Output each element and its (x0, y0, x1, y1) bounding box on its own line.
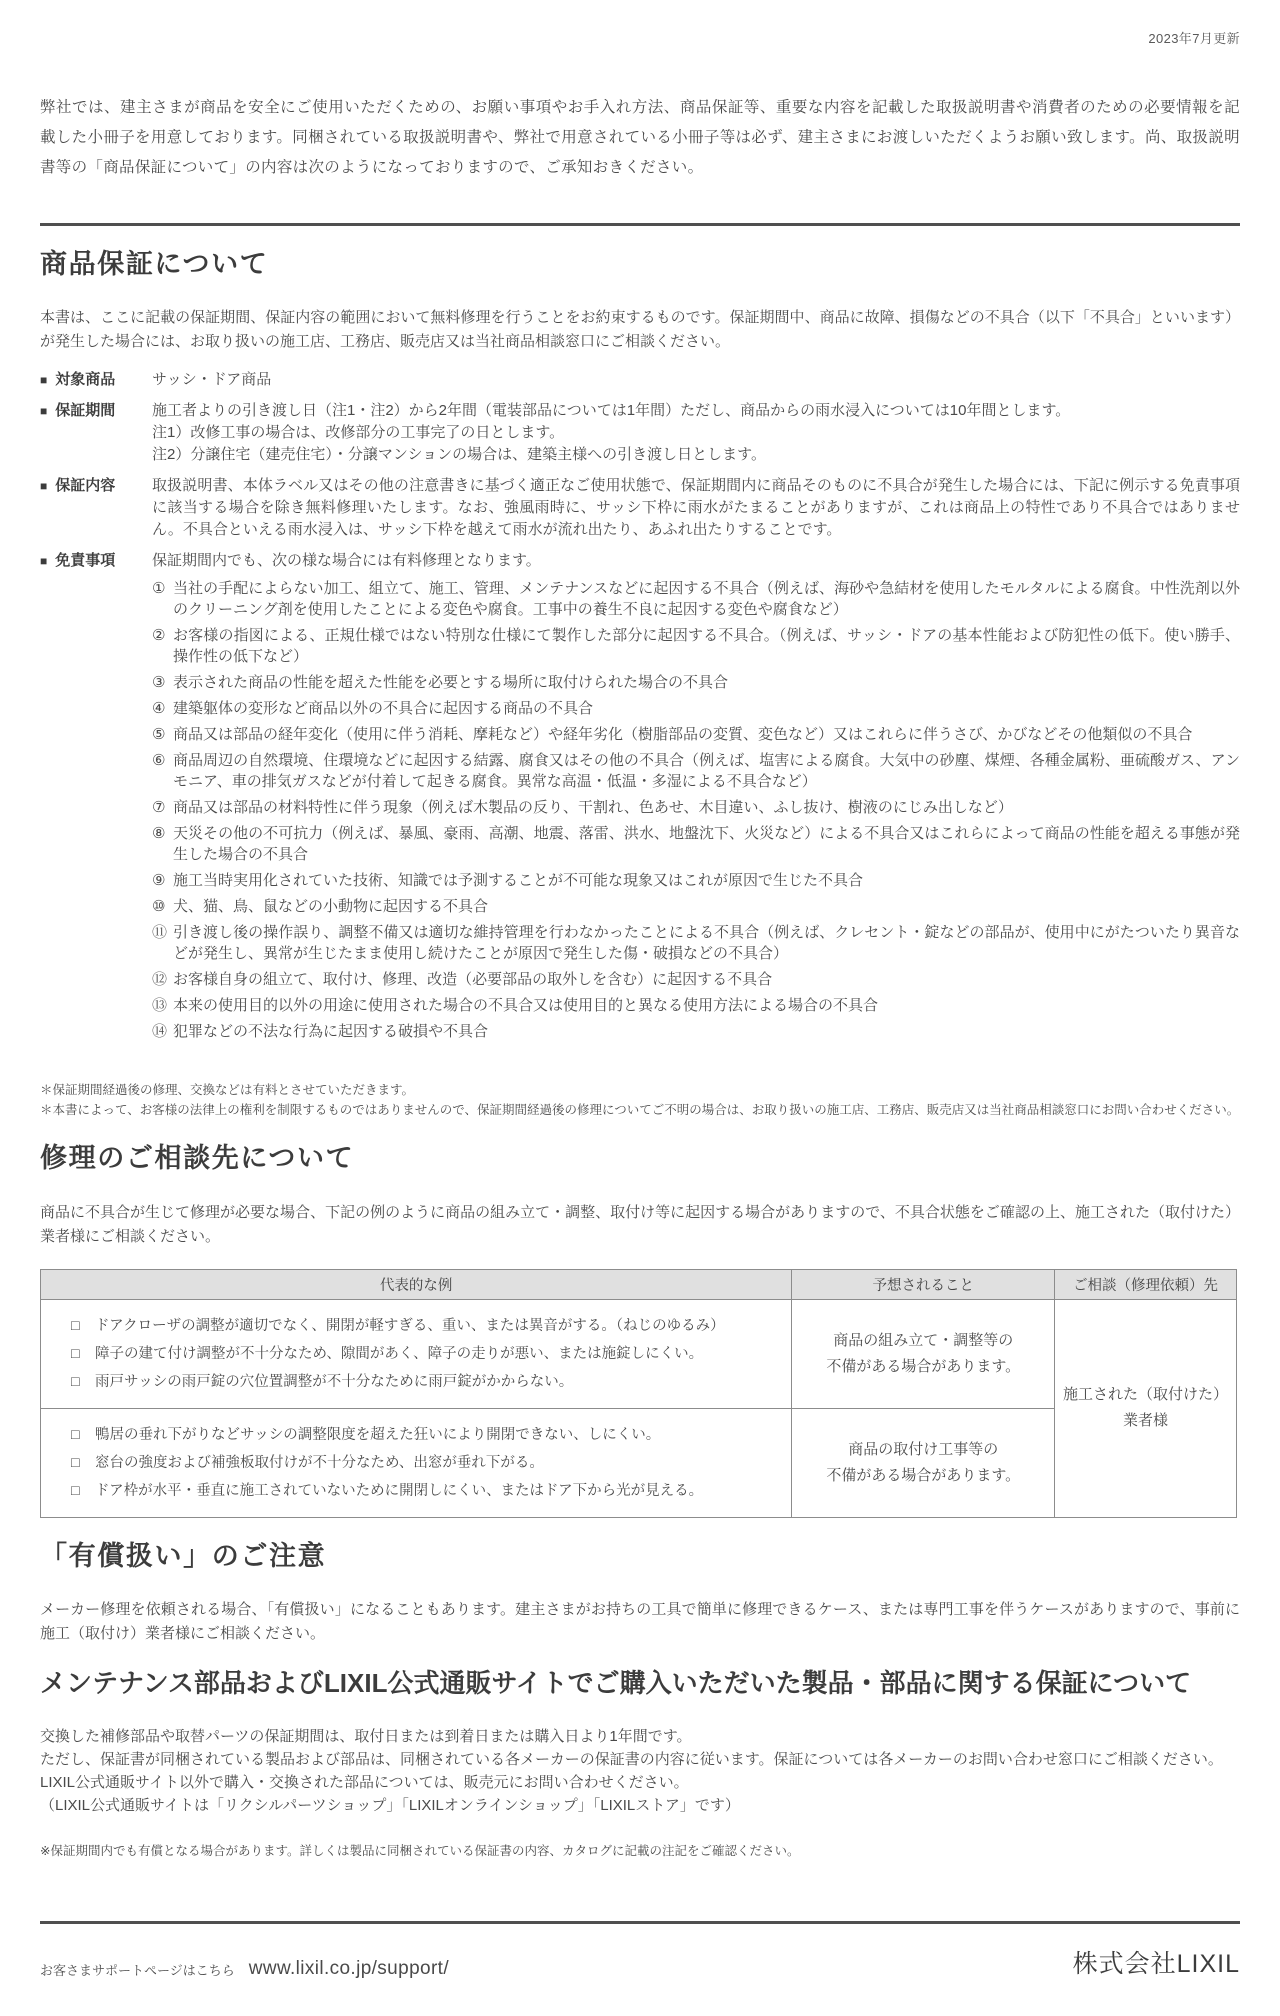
item-number: ⑭ (152, 1021, 173, 1042)
warranty-definition-list: ■ 対象商品 サッシ・ドア商品 ■ 保証期間 施工者よりの引き渡し日（注1・注2… (40, 369, 1240, 1056)
item-text: 犬、猫、鳥、鼠などの小動物に起因する不具合 (173, 896, 1240, 917)
exemption-value: 保証期間内でも、次の様な場合には有料修理となります。 ①当社の手配によらない加工… (152, 550, 1240, 1047)
expected-text: 商品の取付け工事等の (792, 1437, 1054, 1463)
checkbox-icon: □ (71, 1477, 95, 1505)
repair-consult-table: 代表的な例 予想されること ご相談（修理依頼）先 □ドアクローザの調整が適切でな… (40, 1269, 1237, 1518)
warranty-period-main: 施工者よりの引き渡し日（注1・注2）から2年間（電装部品については1年間）ただし… (152, 400, 1240, 422)
list-item: ⑬本来の使用目的以外の用途に使用された場合の不具合又は使用目的と異なる使用方法に… (152, 995, 1240, 1016)
maintenance-line: （LIXIL公式通販サイトは「リクシルパーツショップ」「LIXILオンラインショ… (40, 1794, 1240, 1817)
item-text: 天災その他の不可抗力（例えば、暴風、豪雨、高潮、地震、落雷、洪水、地盤沈下、火災… (173, 823, 1240, 865)
target-product-label: ■ 対象商品 (40, 369, 152, 391)
checkbox-icon: □ (71, 1421, 95, 1449)
expected-cell: 商品の取付け工事等の 不備がある場合があります。 (792, 1408, 1055, 1517)
item-number: ② (152, 625, 173, 667)
updated-date: 2023年7月更新 (40, 28, 1240, 47)
item-text: 建築躯体の変形など商品以外の不具合に起因する商品の不具合 (173, 698, 1240, 719)
list-item: □鴨居の垂れ下がりなどサッシの調整限度を超えた狂いにより開閉できない、しにくい。 (71, 1421, 781, 1449)
intro-paragraph: 弊社では、建主さまが商品を安全にご使用いただくための、お願い事項やお手入れ方法、… (40, 93, 1240, 183)
item-text: 施工当時実用化されていた技術、知識では予測することが不可能な現象又はこれが原因で… (173, 870, 1240, 891)
checkbox-icon: □ (71, 1312, 95, 1340)
warranty-period-note2: 注2）分譲住宅（建売住宅）・分譲マンションの場合は、建築主様への引き渡し日としま… (152, 444, 1240, 466)
square-bullet-icon: ■ (40, 475, 47, 497)
expected-cell: 商品の組み立て・調整等の 不備がある場合があります。 (792, 1299, 1055, 1408)
list-item: ⑭犯罪などの不法な行為に起因する破損や不具合 (152, 1021, 1240, 1042)
warranty-period-value: 施工者よりの引き渡し日（注1・注2）から2年間（電装部品については1年間）ただし… (152, 400, 1240, 466)
item-number: ⑫ (152, 969, 173, 990)
checkbox-icon: □ (71, 1340, 95, 1368)
warranty-period-label-text: 保証期間 (55, 400, 115, 422)
expected-text: 不備がある場合があります。 (792, 1354, 1054, 1380)
table-row: □ドアクローザの調整が適切でなく、開閉が軽すぎる、重い、または異音がする。（ねじ… (41, 1299, 1237, 1408)
exemption-label: ■ 免責事項 (40, 550, 152, 1047)
repair-lead: 商品に不具合が生じて修理が必要な場合、下記の例のように商品の組み立て・調整、取付… (40, 1201, 1240, 1249)
list-item: ③表示された商品の性能を超えた性能を必要とする場所に取付けられた場合の不具合 (152, 672, 1240, 693)
example-text: 窓台の強度および補強板取付けが不十分なため、出窓が垂れ下がる。 (95, 1449, 544, 1477)
document-page: 2023年7月更新 弊社では、建主さまが商品を安全にご使用いただくための、お願い… (0, 0, 1280, 2016)
list-item: ④建築躯体の変形など商品以外の不具合に起因する商品の不具合 (152, 698, 1240, 719)
contact-text: 業者様 (1055, 1408, 1236, 1434)
item-text: 表示された商品の性能を超えた性能を必要とする場所に取付けられた場合の不具合 (173, 672, 1240, 693)
item-text: 犯罪などの不法な行為に起因する破損や不具合 (173, 1021, 1240, 1042)
maintenance-paragraph: 交換した補修部品や取替パーツの保証期間は、取付日または到着日または購入日より1年… (40, 1725, 1240, 1817)
top-divider (40, 223, 1240, 226)
paid-section-title: 「有償扱い」のご注意 (40, 1540, 1240, 1572)
list-item: □ドア枠が水平・垂直に施工されていないために開閉しにくい、またはドア下から光が見… (71, 1477, 781, 1505)
warranty-coverage-label: ■ 保証内容 (40, 475, 152, 541)
exemption-list: ①当社の手配によらない加工、組立て、施工、管理、メンテナンスなどに起因する不具合… (152, 578, 1240, 1042)
examples-cell: □鴨居の垂れ下がりなどサッシの調整限度を超えた狂いにより開閉できない、しにくい。… (41, 1408, 792, 1517)
item-number: ③ (152, 672, 173, 693)
list-item: □障子の建て付け調整が不十分なため、隙間があく、障子の走りが悪い、または施錠しに… (71, 1340, 781, 1368)
footnote: ＊本書によって、お客様の法律上の権利を制限するものではありませんので、保証期間経… (40, 1100, 1240, 1120)
item-text: 商品周辺の自然環境、住環境などに起因する結露、腐食又はその他の不具合（例えば、塩… (173, 750, 1240, 792)
maintenance-line: 交換した補修部品や取替パーツの保証期間は、取付日または到着日または購入日より1年… (40, 1725, 1240, 1748)
item-text: 当社の手配によらない加工、組立て、施工、管理、メンテナンスなどに起因する不具合（… (173, 578, 1240, 620)
list-item: □雨戸サッシの雨戸錠の穴位置調整が不十分なために雨戸錠がかからない。 (71, 1368, 781, 1396)
list-item: ⑪引き渡し後の操作誤り、調整不備又は適切な維持管理を行わなかったことによる不具合… (152, 922, 1240, 964)
item-text: お客様の指図による、正規仕様ではない特別な仕様にて製作した部分に起因する不具合。… (173, 625, 1240, 667)
paid-lead: メーカー修理を依頼される場合、「有償扱い」になることもあります。建主さまがお持ち… (40, 1598, 1240, 1646)
footer: お客さまサポートページはこちら www.lixil.co.jp/support/… (40, 1944, 1240, 1980)
warranty-section-title: 商品保証について (40, 248, 1240, 280)
item-text: 商品又は部品の経年変化（使用に伴う消耗、摩耗など）や経年劣化（樹脂部品の変質、変… (173, 724, 1240, 745)
expected-text: 商品の組み立て・調整等の (792, 1328, 1054, 1354)
bottom-divider (40, 1921, 1240, 1924)
item-text: お客様自身の組立て、取付け、修理、改造（必要部品の取外しを含む）に起因する不具合 (173, 969, 1240, 990)
exemption-intro: 保証期間内でも、次の様な場合には有料修理となります。 (152, 550, 1240, 572)
item-text: 商品又は部品の材料特性に伴う現象（例えば木製品の反り、干割れ、色あせ、木目違い、… (173, 797, 1240, 818)
target-product-label-text: 対象商品 (55, 369, 115, 391)
support-label: お客さまサポートページはこちら (40, 1960, 235, 1979)
item-text: 引き渡し後の操作誤り、調整不備又は適切な維持管理を行わなかったことによる不具合（… (173, 922, 1240, 964)
support-url-link[interactable]: www.lixil.co.jp/support/ (249, 1958, 449, 1980)
maintenance-line: ただし、保証書が同梱されている製品および部品は、同梱されている各メーカーの保証書… (40, 1748, 1240, 1771)
square-bullet-icon: ■ (40, 550, 47, 572)
list-item: ⑤商品又は部品の経年変化（使用に伴う消耗、摩耗など）や経年劣化（樹脂部品の変質、… (152, 724, 1240, 745)
support-info: お客さまサポートページはこちら www.lixil.co.jp/support/ (40, 1958, 449, 1980)
list-item: ⑧天災その他の不可抗力（例えば、暴風、豪雨、高潮、地震、落雷、洪水、地盤沈下、火… (152, 823, 1240, 865)
item-number: ⑨ (152, 870, 173, 891)
item-number: ⑦ (152, 797, 173, 818)
examples-cell: □ドアクローザの調整が適切でなく、開閉が軽すぎる、重い、または異音がする。（ねじ… (41, 1299, 792, 1408)
exemption-label-text: 免責事項 (55, 550, 115, 572)
expected-text: 不備がある場合があります。 (792, 1463, 1054, 1489)
item-number: ⑥ (152, 750, 173, 792)
list-item: ⑦商品又は部品の材料特性に伴う現象（例えば木製品の反り、干割れ、色あせ、木目違い… (152, 797, 1240, 818)
table-header-contact: ご相談（修理依頼）先 (1055, 1269, 1237, 1299)
example-text: 鴨居の垂れ下がりなどサッシの調整限度を超えた狂いにより開閉できない、しにくい。 (95, 1421, 660, 1449)
item-text: 本来の使用目的以外の用途に使用された場合の不具合又は使用目的と異なる使用方法によ… (173, 995, 1240, 1016)
item-number: ⑧ (152, 823, 173, 865)
square-bullet-icon: ■ (40, 369, 47, 391)
contact-text: 施工された（取付けた） (1055, 1382, 1236, 1408)
footnote: ＊保証期間経過後の修理、交換などは有料とさせていただきます。 (40, 1080, 1240, 1100)
warranty-lead: 本書は、ここに記載の保証期間、保証内容の範囲において無料修理を行うことをお約束す… (40, 306, 1240, 354)
warranty-period-label: ■ 保証期間 (40, 400, 152, 466)
item-number: ⑬ (152, 995, 173, 1016)
square-bullet-icon: ■ (40, 400, 47, 422)
item-number: ① (152, 578, 173, 620)
warranty-period-row: ■ 保証期間 施工者よりの引き渡し日（注1・注2）から2年間（電装部品については… (40, 400, 1240, 466)
table-header-examples: 代表的な例 (41, 1269, 792, 1299)
item-number: ⑤ (152, 724, 173, 745)
list-item: ⑫お客様自身の組立て、取付け、修理、改造（必要部品の取外しを含む）に起因する不具… (152, 969, 1240, 990)
maintenance-footnote: ※保証期間内でも有償となる場合があります。詳しくは製品に同梱されている保証書の内… (40, 1841, 1240, 1861)
example-text: ドア枠が水平・垂直に施工されていないために開閉しにくい、またはドア下から光が見え… (95, 1477, 703, 1505)
item-number: ⑪ (152, 922, 173, 964)
footer-block: お客さまサポートページはこちら www.lixil.co.jp/support/… (40, 1921, 1240, 1980)
warranty-period-note1: 注1）改修工事の場合は、改修部分の工事完了の日とします。 (152, 422, 1240, 444)
list-item: ②お客様の指図による、正規仕様ではない特別な仕様にて製作した部分に起因する不具合… (152, 625, 1240, 667)
list-item: ⑥商品周辺の自然環境、住環境などに起因する結露、腐食又はその他の不具合（例えば、… (152, 750, 1240, 792)
exemption-row: ■ 免責事項 保証期間内でも、次の様な場合には有料修理となります。 ①当社の手配… (40, 550, 1240, 1047)
repair-section-title: 修理のご相談先について (40, 1142, 1240, 1174)
warranty-coverage-row: ■ 保証内容 取扱説明書、本体ラベル又はその他の注意書きに基づく適正なご使用状態… (40, 475, 1240, 541)
list-item: ⑨施工当時実用化されていた技術、知識では予測することが不可能な現象又はこれが原因… (152, 870, 1240, 891)
list-item: ⑩犬、猫、鳥、鼠などの小動物に起因する不具合 (152, 896, 1240, 917)
checkbox-icon: □ (71, 1449, 95, 1477)
warranty-coverage-value: 取扱説明書、本体ラベル又はその他の注意書きに基づく適正なご使用状態で、保証期間内… (152, 475, 1240, 541)
warranty-coverage-label-text: 保証内容 (55, 475, 115, 497)
contact-cell: 施工された（取付けた） 業者様 (1055, 1299, 1237, 1517)
list-item: □ドアクローザの調整が適切でなく、開閉が軽すぎる、重い、または異音がする。（ねじ… (71, 1312, 781, 1340)
checkbox-icon: □ (71, 1368, 95, 1396)
item-number: ⑩ (152, 896, 173, 917)
list-item: □窓台の強度および補強板取付けが不十分なため、出窓が垂れ下がる。 (71, 1449, 781, 1477)
target-product-row: ■ 対象商品 サッシ・ドア商品 (40, 369, 1240, 391)
list-item: ①当社の手配によらない加工、組立て、施工、管理、メンテナンスなどに起因する不具合… (152, 578, 1240, 620)
maintenance-line: LIXIL公式通販サイト以外で購入・交換された部品については、販売元にお問い合わ… (40, 1771, 1240, 1794)
company-name: 株式会社LIXIL (1073, 1944, 1240, 1980)
maintenance-section-title: メンテナンス部品およびLIXIL公式通販サイトでご購入いただいた製品・部品に関す… (40, 1668, 1240, 1699)
item-number: ④ (152, 698, 173, 719)
example-text: 雨戸サッシの雨戸錠の穴位置調整が不十分なために雨戸錠がかからない。 (95, 1368, 573, 1396)
table-header-expected: 予想されること (792, 1269, 1055, 1299)
warranty-footnotes: ＊保証期間経過後の修理、交換などは有料とさせていただきます。 ＊本書によって、お… (40, 1080, 1240, 1120)
example-text: 障子の建て付け調整が不十分なため、隙間があく、障子の走りが悪い、または施錠しにく… (95, 1340, 703, 1368)
target-product-value: サッシ・ドア商品 (152, 369, 1240, 391)
example-text: ドアクローザの調整が適切でなく、開閉が軽すぎる、重い、または異音がする。（ねじの… (95, 1312, 725, 1340)
